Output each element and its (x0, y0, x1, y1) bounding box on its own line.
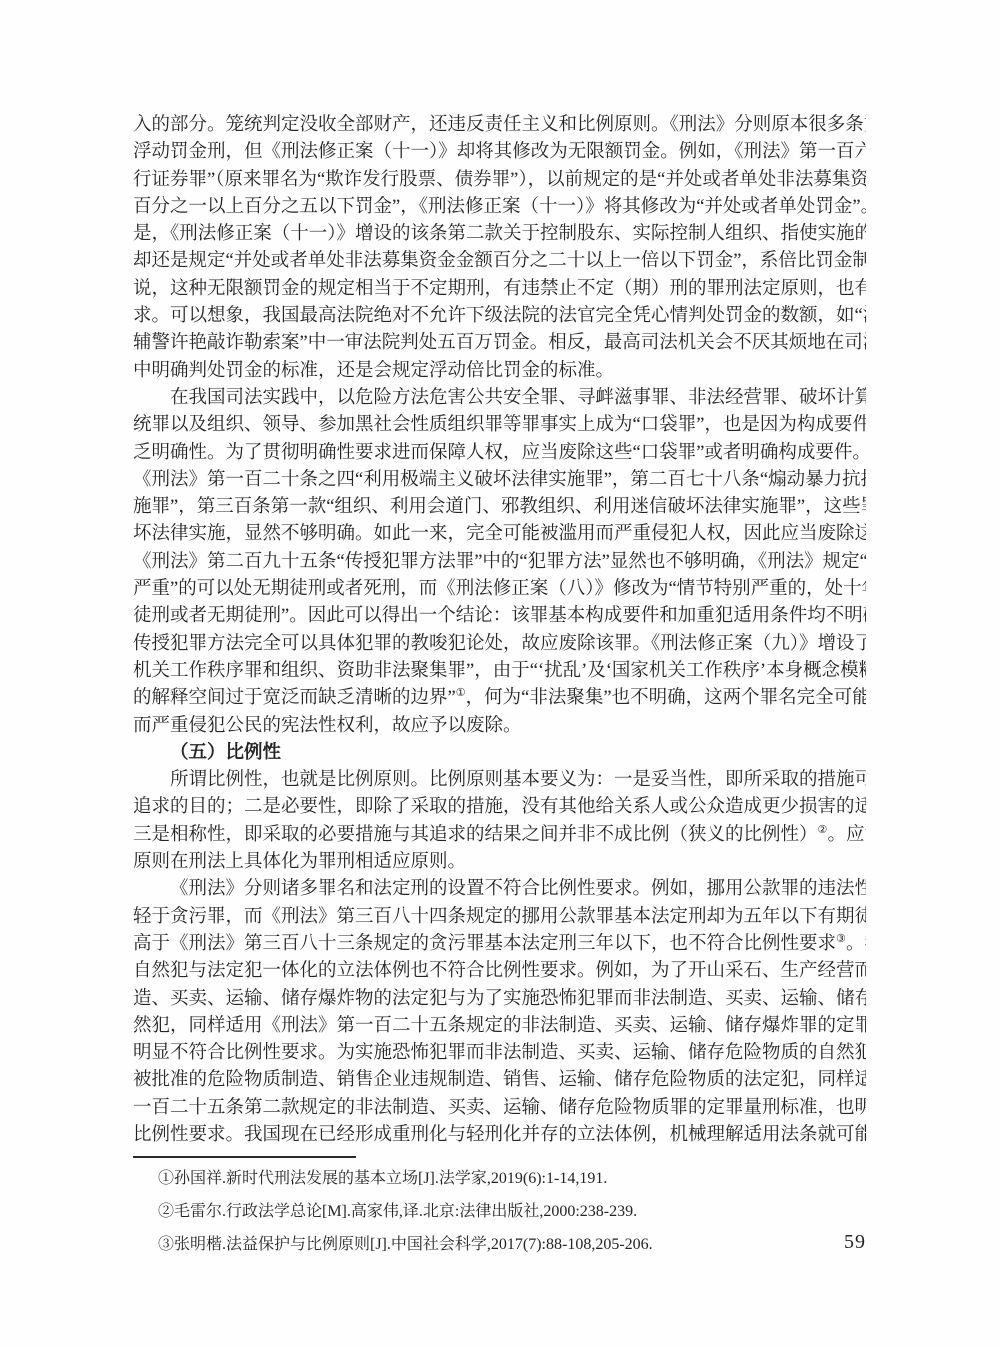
text-line: 求。可以想象，我国最高法院绝对不允许下级法院的法官完全凭心情判处罚金的数额，如“… (133, 303, 866, 330)
paragraph: 在我国司法实践中，以危险方法危害公共安全罪、寻衅滋事罪、非法经营罪、破坏计算机信… (133, 385, 866, 740)
footnote-item: ②毛雷尔.行政法学总论[M].高家伟,译.北京:法律出版社,2000:238-2… (133, 1195, 866, 1228)
text-line: 原则在刑法上具体化为罪刑相适应原则。 (133, 849, 866, 876)
text-line: 明显不符合比例性要求。为实施恐怖犯罪而非法制造、买卖、运输、储存危险物质的自然犯… (133, 1040, 866, 1067)
text-line: 而严重侵犯公民的宪法性权利，故应予以废除。 (133, 713, 866, 740)
paragraph: 所谓比例性，也就是比例原则。比例原则基本要义为：一是妥当性，即所采取的措施可以实… (133, 767, 866, 876)
text-line: 浮动罚金刑，但《刑法修正案（十一）》却将其修改为无限额罚金。例如，《刑法》第一百… (133, 139, 866, 166)
article-body: 入的部分。笼统判定没收全部财产，还违反责任主义和比例原则。《刑法》分则原本很多条… (133, 112, 866, 1149)
text-line: 追求的目的；二是必要性，即除了采取的措施，没有其他给关系人或公众造成更少损害的适… (133, 794, 866, 821)
footnote-ref: ③ (836, 933, 846, 945)
footnote-ref: ② (818, 824, 828, 836)
paragraph: 《刑法》分则诸多罪名和法定刑的设置不符合比例性要求。例如，挪用公款罪的违法性与有… (133, 876, 866, 1149)
text-line: 统罪以及组织、领导、参加黑社会性质组织罪等罪事实上成为“口袋罪”，也是因为构成要… (133, 412, 866, 439)
text-line: 《刑法》第二百九十五条“传授犯罪方法罪”中的“犯罪方法”显然也不够明确，《刑法》… (133, 549, 866, 576)
text-line: 轻于贪污罪，而《刑法》第三百八十四条规定的挪用公款罪基本法定刑却为五年以下有期徒… (133, 904, 866, 931)
text-line: 坏法律实施，显然不够明确。如此一来，完全可能被滥用而严重侵犯人权，因此应当废除这… (133, 521, 866, 548)
text-line: 三是相称性，即采取的必要措施与其追求的结果之间并非不成比例（狭义的比例性）②。应… (133, 822, 866, 849)
text-line: 施罪”，第三百条第一款“组织、利用会道门、邪教组织、利用迷信破坏法律实施罪”，这… (133, 494, 866, 521)
text-line: 所谓比例性，也就是比例原则。比例原则基本要义为：一是妥当性，即所采取的措施可以实… (133, 767, 866, 794)
text-line: 《刑法》分则诸多罪名和法定刑的设置不符合比例性要求。例如，挪用公款罪的违法性与有… (133, 876, 866, 903)
text-line: 辅警许艳敲诈勒索案”中一审法院判处五百万罚金。相反，最高司法机关会不厌其烦地在司… (133, 330, 866, 357)
text-line: 徒刑或者无期徒刑”。因此可以得出一个结论：该罪基本构成要件和加重犯适用条件均不明… (133, 603, 866, 630)
text-line: 高于《刑法》第三百八十三条规定的贪污罪基本法定刑三年以下，也不符合比例性要求③。… (133, 931, 866, 958)
text-line: 百分之一以上百分之五以下罚金”，《刑法修正案（十一）》将其修改为“并处或者单处罚… (133, 194, 866, 221)
text-line: 是，《刑法修正案（十一）》增设的该条第二款关于控制股东、实际控制人组织、指使实施… (133, 221, 866, 248)
text-line: 自然犯与法定犯一体化的立法体例也不符合比例性要求。例如，为了开山采石、生产经营而… (133, 958, 866, 985)
text-line: 传授犯罪方法完全可以具体犯罪的教唆犯论处，故应废除该罪。《刑法修正案（九）》增设… (133, 631, 866, 658)
text-line: 《刑法》第一百二十条之四“利用极端主义破坏法律实施罪”，第二百七十八条“煽动暴力… (133, 467, 866, 494)
paragraph: 入的部分。笼统判定没收全部财产，还违反责任主义和比例原则。《刑法》分则原本很多条… (133, 112, 866, 385)
text-line: 被批准的危险物质制造、销售企业违规制造、销售、运输、储存危险物质的法定犯，同样适… (133, 1067, 866, 1094)
text-line: 造、买卖、运输、储存爆炸物的法定犯与为了实施恐怖犯罪而非法制造、买卖、运输、储存… (133, 986, 866, 1013)
text-line: 乏明确性。为了贯彻明确性要求进而保障人权，应当废除这些“口袋罪”或者明确构成要件… (133, 440, 866, 467)
text-line: 严重”的可以处无期徒刑或者死刑，而《刑法修正案（八）》修改为“情节特别严重的，处… (133, 576, 866, 603)
text-line: 比例性要求。我国现在已经形成重刑化与轻刑化并存的立法体例，机械理解适用法条就可能… (133, 1122, 866, 1149)
text-line: 机关工作秩序罪和组织、资助非法聚集罪”，由于“‘扰乱’及‘国家机关工作秩序’本身… (133, 658, 866, 685)
section-heading: （五）比例性 (133, 740, 866, 767)
text-line: 一百二十五条第二款规定的非法制造、买卖、运输、储存危险物质罪的定罪量刑标准，也明… (133, 1095, 866, 1122)
text-line: 的解释空间过于宽泛而缺乏清晰的边界”①，何为“非法聚集”也不明确，这两个罪名完全… (133, 685, 866, 712)
journal-page: 入的部分。笼统判定没收全部财产，还违反责任主义和比例原则。《刑法》分则原本很多条… (0, 0, 1000, 1347)
text-line: 说，这种无限额罚金的规定相当于不定期刑，有违禁止不定（期）刑的罪刑法定原则，也有… (133, 276, 866, 303)
text-line: 行证券罪”（原来罪名为“欺诈发行股票、债券罪”），以前规定的是“并处或者单处非法… (133, 167, 866, 194)
footnote-item: ①孙国祥.新时代刑法发展的基本立场[J].法学家,2019(6):1-14,19… (133, 1162, 866, 1195)
text-line: 入的部分。笼统判定没收全部财产，还违反责任主义和比例原则。《刑法》分则原本很多条… (133, 112, 866, 139)
footnote-separator (133, 1156, 356, 1158)
text-line: 然犯，同样适用《刑法》第一百二十五条规定的非法制造、买卖、运输、储存爆炸罪的定罪… (133, 1013, 866, 1040)
text-line: 在我国司法实践中，以危险方法危害公共安全罪、寻衅滋事罪、非法经营罪、破坏计算机信… (133, 385, 866, 412)
text-line: 却还是规定“并处或者单处非法募集资金金额百分之二十以上一倍以下罚金”，系倍比罚金… (133, 248, 866, 275)
text-line: 中明确判处罚金的标准，还是会规定浮动倍比罚金的标准。 (133, 358, 866, 385)
footnote-ref: ① (456, 687, 466, 699)
page-number: 59 (133, 1231, 866, 1254)
